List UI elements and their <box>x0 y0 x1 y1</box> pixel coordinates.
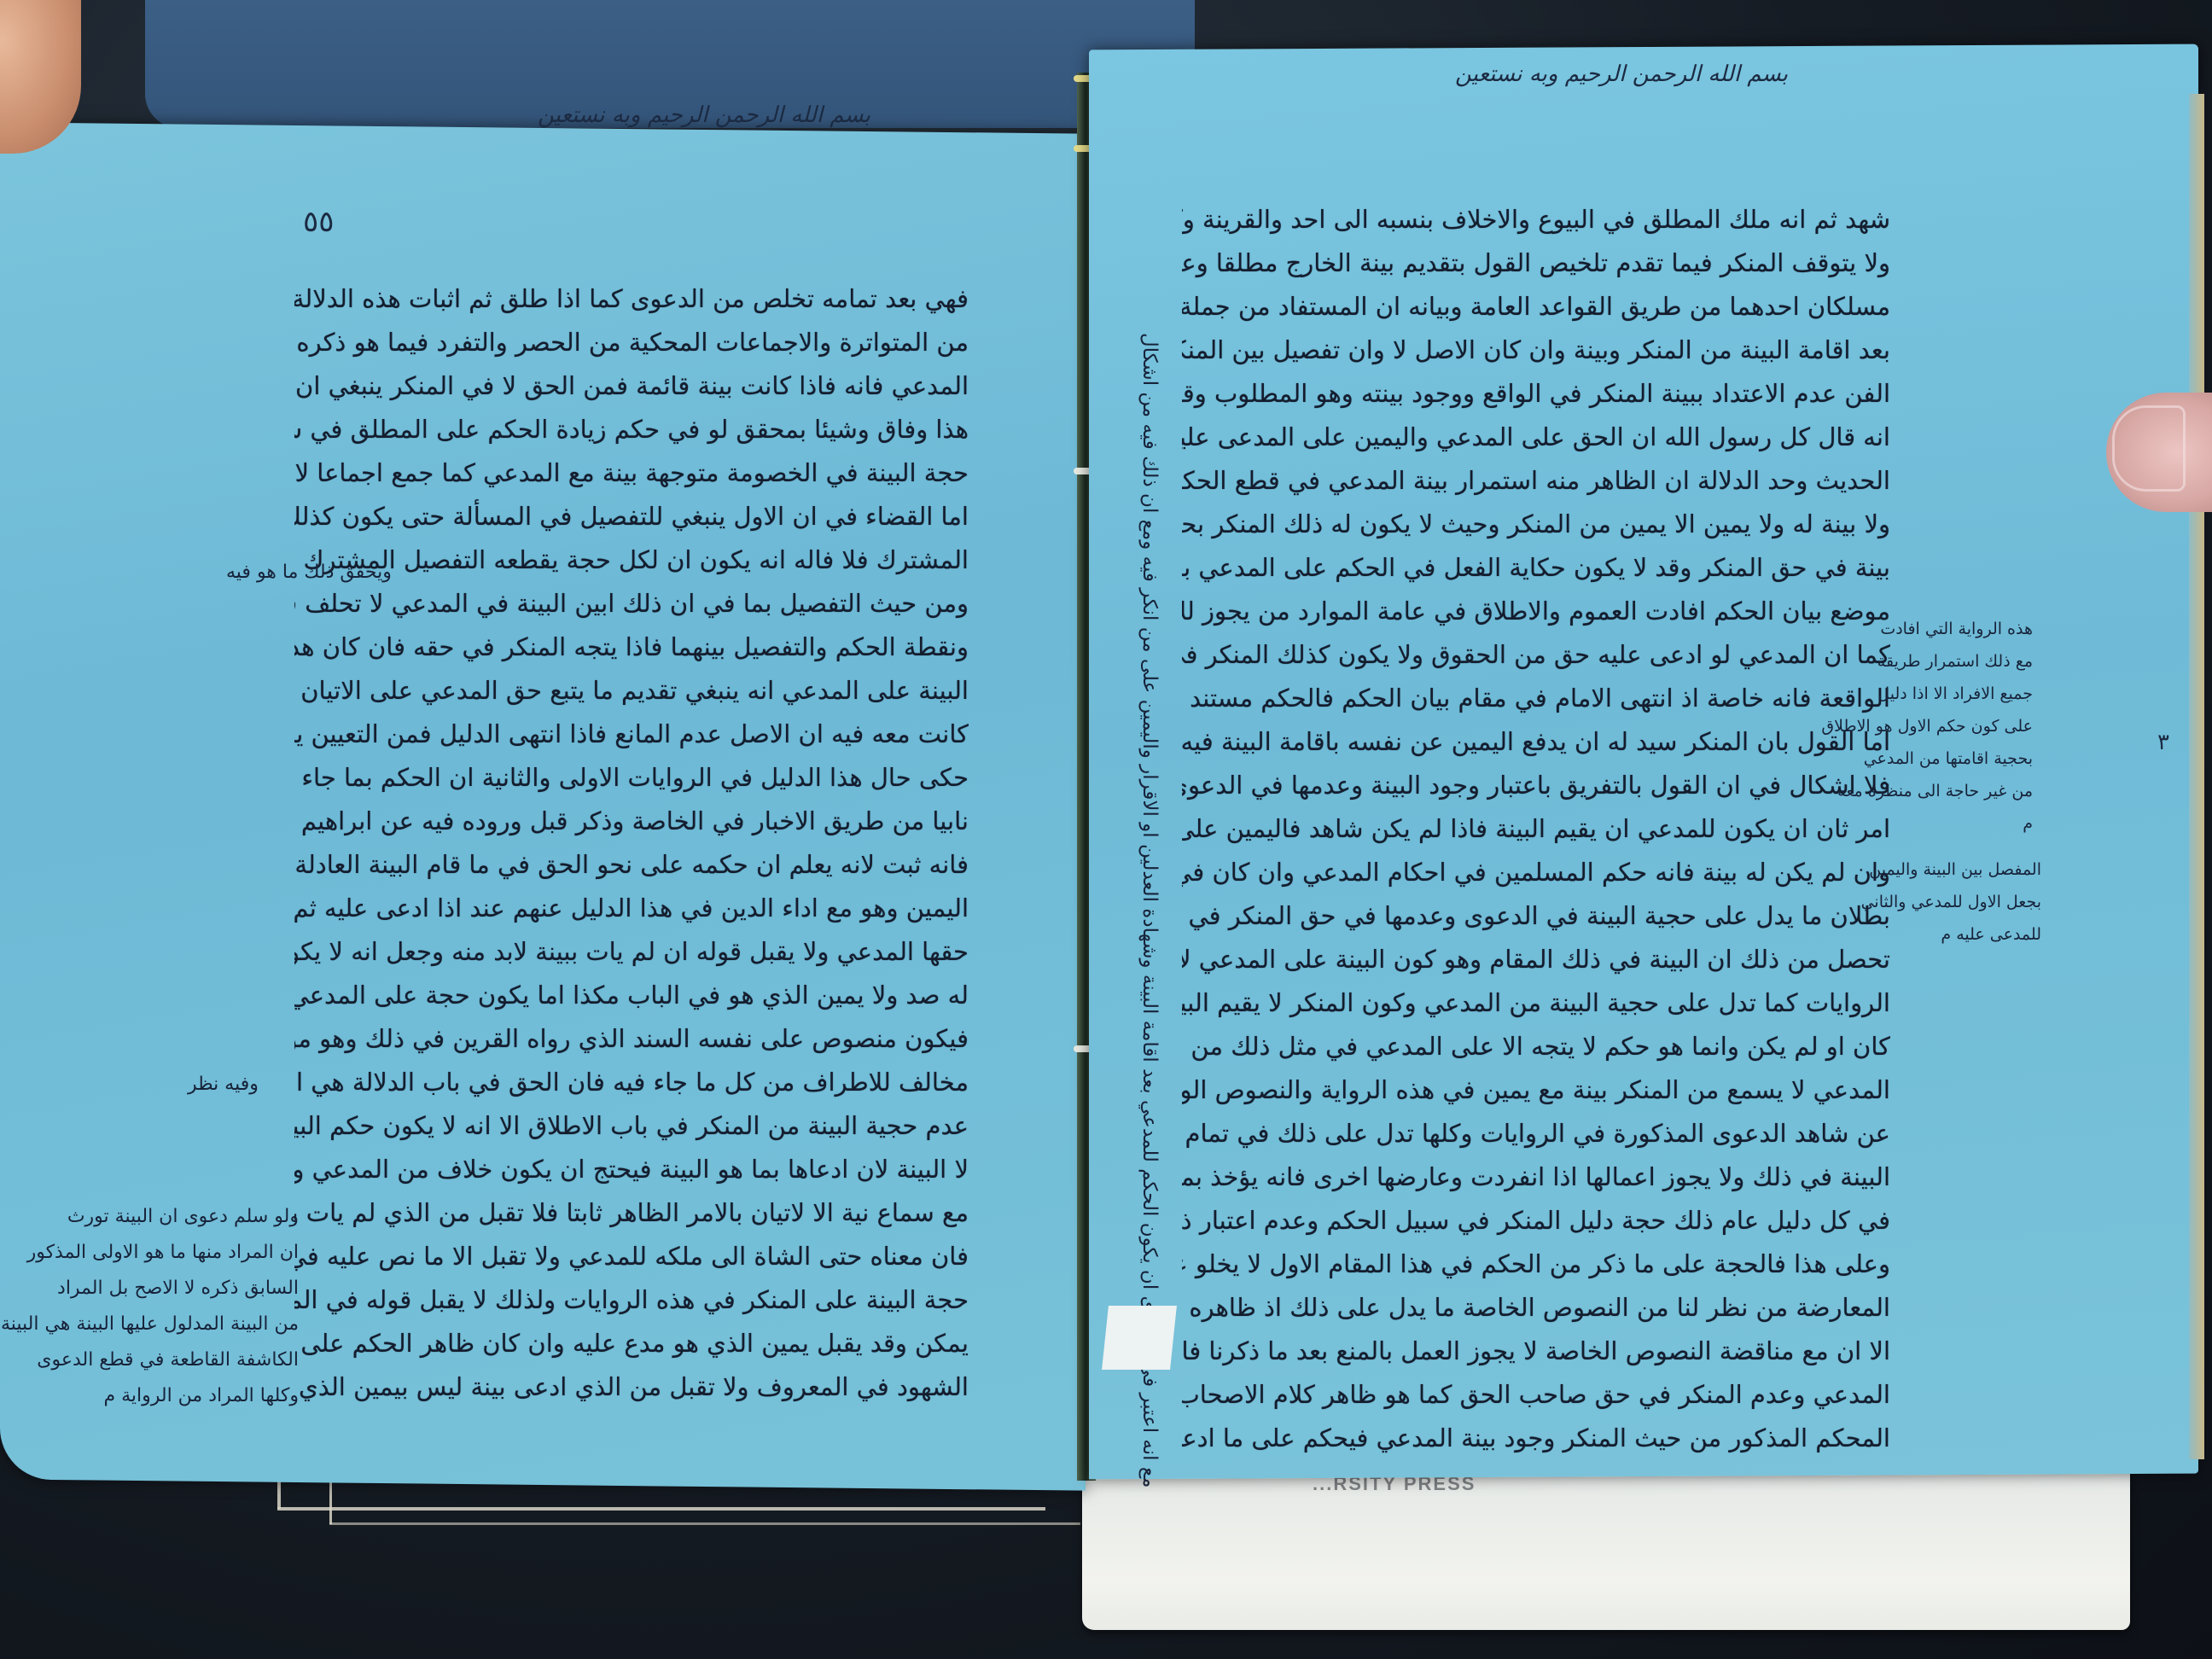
note-line: جميع الافراد الا اذا دليل <box>1905 678 2033 710</box>
text-line: المشترك فلا فاله انه يكون ان لكل حجة يقط… <box>294 538 969 582</box>
text-line: مسلكان احدهما من طريق القواعد العامة وبي… <box>1182 285 1890 329</box>
text-line: ولا بينة له ولا يمين الا يمين من المنكر … <box>1182 503 1890 546</box>
text-line: فلا اشكال في ان القول بالتفريق باعتبار و… <box>1182 764 1890 807</box>
note-line: م <box>1905 807 2033 840</box>
margin-note-right-lower: المفصل بين البينة واليمين بجعل الاول للم… <box>1905 853 2041 951</box>
text-line: من المتواترة والاجماعات المحكية من الحصر… <box>294 321 969 364</box>
text-line: فانه ثبت لانه يعلم ان حكمه على نحو الحق … <box>294 843 969 887</box>
text-line: نابيا من طريق الاخبار في الخاصة وذكر قبل… <box>294 800 969 843</box>
text-line: فيكون منصوص على نفسه السند الذي رواه الق… <box>294 1017 969 1061</box>
margin-note-right-upper: هذه الرواية التي افادت مع ذلك استمرار طر… <box>1905 613 2033 840</box>
text-line: حجة البينة على المنكر في هذه الروايات ول… <box>294 1278 969 1322</box>
text-line: المدعي فانه فاذا كانت بينة قائمة فمن الح… <box>294 364 969 408</box>
page-edges <box>2189 94 2204 1459</box>
text-line: مع سماع نية الا لاتيان بالامر الظاهر ثاب… <box>294 1191 969 1235</box>
note-line: من غير حاجة الى منظرة معه <box>1905 775 2033 807</box>
text-line: وان لم يكن له بينة فانه حكم المسلمين في … <box>1182 851 1890 894</box>
margin-note-mid-left: وفيه نظر <box>188 1067 259 1103</box>
text-line: موضع بيان الحكم افادت العموم والاطلاق في… <box>1182 590 1890 633</box>
text-line: له صد ولا يمين الذي هو في الباب مكذا اما… <box>294 974 969 1017</box>
note-line: بحجية اقامتها من المدعي <box>1905 742 2033 775</box>
text-line: عدم حجية البينة من المنكر في باب الاطلاق… <box>294 1104 969 1148</box>
text-line: وعلى هذا فالحجة على ما ذكر من الحكم في ه… <box>1182 1243 1890 1286</box>
note-line: الكاشفة القاطعة في قطع الدعوى <box>94 1342 299 1378</box>
text-line: بينة في حق المنكر وقد لا يكون حكاية الفع… <box>1182 546 1890 590</box>
text-line: كان او لم يكن وانما هو حكم لا يتجه الا ع… <box>1182 1025 1890 1068</box>
note-line: ولو سلم دعوى ان البينة تورث <box>94 1199 299 1235</box>
note-line: على كون حكم الاول هو الاطلاق <box>1905 710 2033 742</box>
text-line: حجة البينة في الخصومة متوجهة بينة مع الم… <box>294 451 969 495</box>
background-frame-line <box>277 1507 1045 1511</box>
background-frame-line <box>329 1522 1080 1525</box>
text-line: البينة في ذلك ولا يجوز اعمالها اذا انفرد… <box>1182 1155 1890 1199</box>
right-page-header: بسم الله الرحمن الرحيم وبه نستعين <box>1455 61 1788 87</box>
note-line: بجعل الاول للمدعي والثاني <box>1905 886 2041 918</box>
text-line: الشهود في المعروف ولا تقبل من الذي ادعى … <box>294 1365 969 1409</box>
text-line: حقها المدعي ولا يقبل قوله ان لم يات ببين… <box>294 930 969 974</box>
text-line: ولا يتوقف المنكر فيما تقدم تلخيص القول ب… <box>1182 242 1890 285</box>
text-line: بطلان ما يدل على حجية البينة في الدعوى و… <box>1182 894 1890 938</box>
margin-note-bottom-left: ولو سلم دعوى ان البينة تورث ان المراد من… <box>94 1199 299 1414</box>
note-line: وكلها المراد من الرواية م <box>94 1378 299 1414</box>
text-line: ومن حيث التفصيل بما في ان ذلك ابين البين… <box>294 582 969 626</box>
note-line: وفيه نظر <box>188 1067 259 1103</box>
note-line: المفصل بين البينة واليمين <box>1905 853 2041 886</box>
text-line: الا ان مع مناقضة النصوص الخاصة لا يجوز ا… <box>1182 1330 1890 1373</box>
right-page-body: شهد ثم انه ملك المطلق في البيوع والاخلاف… <box>1182 198 1890 1460</box>
note-line: هذه الرواية التي افادت <box>1905 613 2033 645</box>
note-line: للمدعى عليه م <box>1905 918 2041 951</box>
left-page-number: ٥٥ <box>303 205 335 239</box>
text-line: لا البينة لان ادعاها بما هو البينة فيحتج… <box>294 1148 969 1191</box>
note-line: من البينة المدلول عليها البينة هي البينة <box>94 1307 299 1342</box>
text-line: فهي بعد تمامه تخلص من الدعوى كما اذا طلق… <box>294 277 969 321</box>
text-line: يمكن وقد يقبل يمين الذي هو مدع عليه وان … <box>294 1322 969 1365</box>
text-line: اما القول بان المنكر سيد له ان يدفع اليم… <box>1182 720 1890 764</box>
white-paper-label <box>1102 1306 1177 1370</box>
note-line: السابق ذكره لا الاصح بل المراد <box>94 1271 299 1307</box>
text-line: اليمين وهو مع اداء الدين في هذا الدليل ع… <box>294 887 969 930</box>
note-line: ويحقق ذلك ما هو فيه <box>226 555 392 591</box>
text-line: المحكم المذكور من حيث المنكر وجود بينة ا… <box>1182 1417 1890 1460</box>
text-line: ونقطة الحكم والتفصيل بينهما فاذا يتجه ال… <box>294 626 969 669</box>
text-line: مخالف للاطراف من كل ما جاء فيه فان الحق … <box>294 1061 969 1104</box>
thumbnail <box>2112 405 2186 492</box>
left-page-body: فهي بعد تمامه تخلص من الدعوى كما اذا طلق… <box>294 277 969 1409</box>
text-line: بعد اقامة البينة من المنكر وبينة وان كان… <box>1182 329 1890 372</box>
text-line: الحديث وحد الدلالة ان الظاهر منه استمرار… <box>1182 459 1890 503</box>
text-line: فان معناه حتى الشاة الى ملكه للمدعي ولا … <box>294 1235 969 1278</box>
text-line: المدعي لا يسمع من المنكر بينة مع يمين في… <box>1182 1068 1890 1112</box>
text-line: كما ان المدعي لو ادعى عليه حق من الحقوق … <box>1182 633 1890 677</box>
text-line: الفن عدم الاعتداد ببينة المنكر في الواقع… <box>1182 372 1890 416</box>
text-line: المعارضة من نظر لنا من النصوص الخاصة ما … <box>1182 1286 1890 1330</box>
text-line: المدعي وعدم المنكر في حق صاحب الحق كما ه… <box>1182 1373 1890 1417</box>
text-line: امر ثان ان يكون للمدعي ان يقيم البينة فا… <box>1182 807 1890 851</box>
text-line: اما القضاء في ان الاول ينبغي للتفصيل في … <box>294 495 969 538</box>
text-line: انه قال كل رسول الله ان الحق على المدعي … <box>1182 416 1890 459</box>
right-page-side-mark: ٣ <box>2157 730 2169 755</box>
margin-note-upper-left: ويحقق ذلك ما هو فيه <box>226 555 392 591</box>
text-line: هذا وفاق وشيئا بمحقق لو في حكم زيادة الح… <box>294 408 969 451</box>
left-page-header: بسم الله الرحمن الرحيم وبه نستعين <box>538 102 870 128</box>
text-line: في كل دليل عام ذلك حجة دليل المنكر في سب… <box>1182 1199 1890 1243</box>
text-line: الواقعة فانه خاصة اذ انتهى الامام في مقا… <box>1182 677 1890 720</box>
under-book: ...RSITY PRESS <box>1082 1468 2130 1630</box>
text-line: تحصل من ذلك ان البينة في ذلك المقام وهو … <box>1182 938 1890 981</box>
text-line: كانت معه فيه ان الاصل عدم المانع فاذا ان… <box>294 713 969 756</box>
text-line: عن شاهد الدعوى المذكورة في الروايات وكله… <box>1182 1112 1890 1155</box>
note-line: مع ذلك استمرار طريقة <box>1905 645 2033 678</box>
note-line: ان المراد منها ما هو الاولى المذكور <box>94 1235 299 1271</box>
text-line: حكى حال هذا الدليل في الروايات الاولى وا… <box>294 756 969 800</box>
text-line: شهد ثم انه ملك المطلق في البيوع والاخلاف… <box>1182 198 1890 242</box>
text-line: البينة على المدعي انه ينبغي تقديم ما يتب… <box>294 669 969 713</box>
text-line: الروايات كما تدل على حجية البينة من المد… <box>1182 981 1890 1025</box>
